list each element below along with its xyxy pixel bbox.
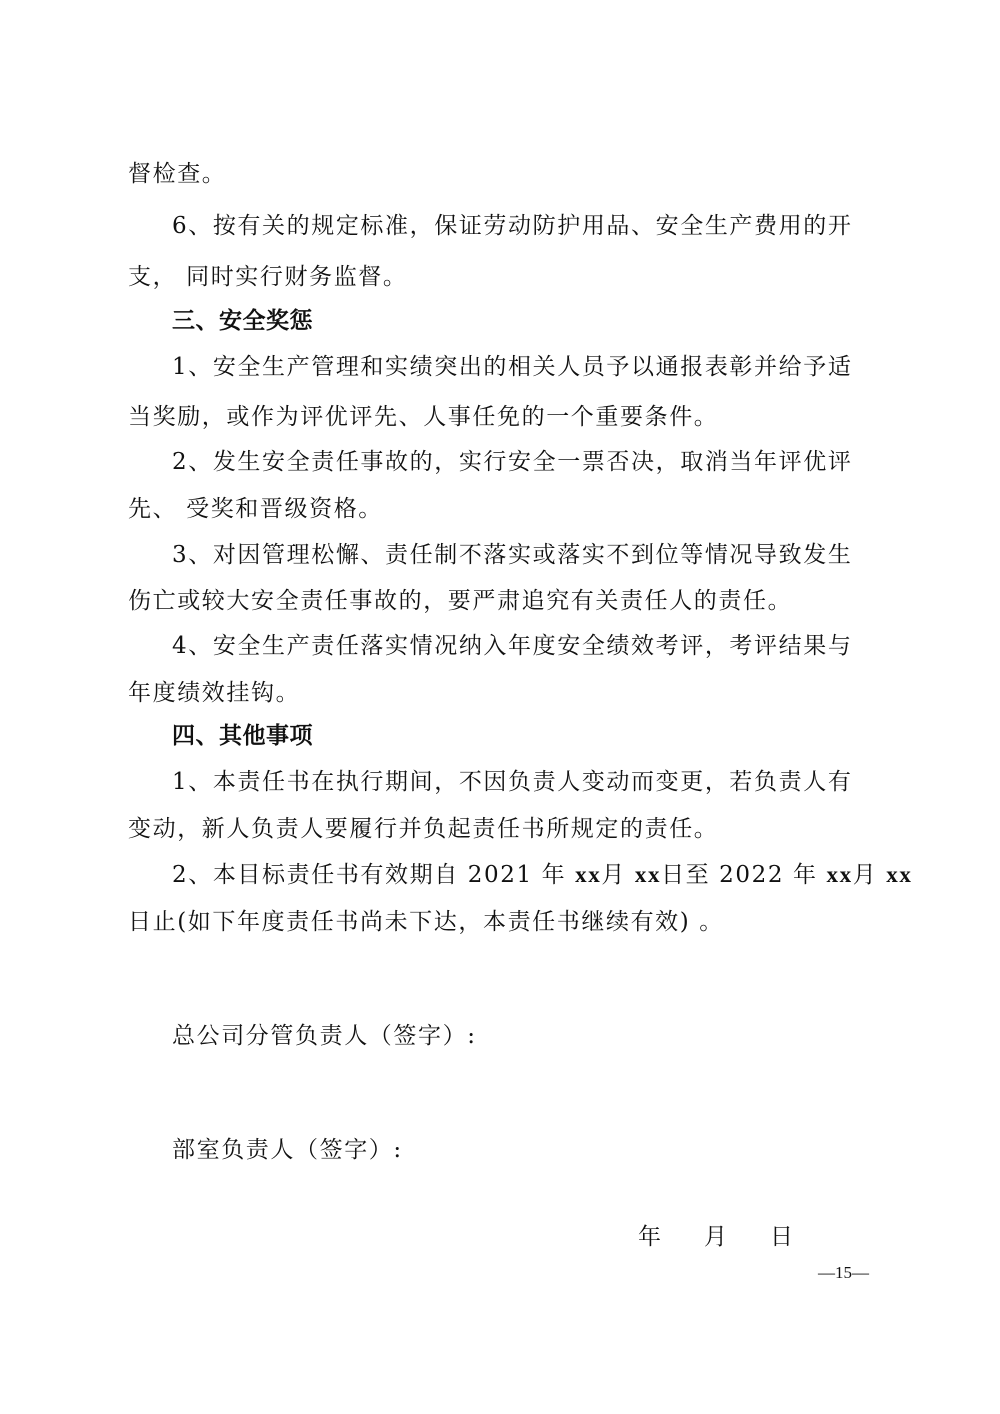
paragraph-line: 变动，新人负责人要履行并负起责任书所规定的责任。 [128, 813, 888, 845]
placeholder-month: xx [827, 862, 853, 887]
date-day: 日 [770, 1221, 836, 1253]
paragraph-item-2-validity: 2、本目标责任书有效期自 2021 年 xx月 xx日至 2022 年 xx月 … [172, 859, 932, 891]
date-year: 年 [638, 1221, 704, 1253]
section-heading-rewards-penalties: 三、安全奖惩 [172, 305, 932, 337]
paragraph-line: 支， 同时实行财务监督。 [128, 261, 888, 293]
paragraph-line: 日止(如下年度责任书尚未下达，本责任书继续有效) 。 [128, 906, 888, 938]
section-heading-other-matters: 四、其他事项 [172, 720, 932, 752]
signature-company-leader: 总公司分管负责人（签字）: [172, 1020, 932, 1052]
validity-prefix: 2、本目标责任书有效期自 2021 年 [172, 862, 566, 888]
date-month: 月 [704, 1221, 770, 1253]
signature-department-leader: 部室负责人（签字）: [172, 1134, 932, 1166]
placeholder-day: xx [886, 862, 912, 887]
validity-text: 日至 2022 年 [661, 862, 818, 888]
placeholder-month: xx [575, 862, 601, 887]
document-page: 督检查。 6、按有关的规定标准，保证劳动防护用品、安全生产费用的开 支， 同时实… [0, 0, 1000, 1414]
page-number: —15— [818, 1263, 869, 1283]
validity-text: 月 [853, 862, 878, 888]
paragraph-line: 先、 受奖和晋级资格。 [128, 493, 888, 525]
paragraph-line: 年度绩效挂钩。 [128, 677, 888, 709]
placeholder-day: xx [635, 862, 661, 887]
paragraph-item-2: 2、发生安全责任事故的，实行安全一票否决，取消当年评优评 [172, 446, 932, 478]
paragraph-line: 伤亡或较大安全责任事故的，要严肃追究有关责任人的责任。 [128, 585, 888, 617]
paragraph-line: 当奖励，或作为评优评先、人事任免的一个重要条件。 [128, 401, 888, 433]
paragraph-line: 督检查。 [128, 158, 888, 190]
paragraph-item-1: 1、本责任书在执行期间，不因负责人变动而变更，若负责人有 [172, 766, 932, 798]
paragraph-item-1: 1、安全生产管理和实绩突出的相关人员予以通报表彰并给予适 [172, 351, 932, 383]
validity-text: 月 [601, 862, 626, 888]
paragraph-item-3: 3、对因管理松懈、责任制不落实或落实不到位等情况导致发生 [172, 539, 932, 571]
paragraph-item-4: 4、安全生产责任落实情况纳入年度安全绩效考评，考评结果与 [172, 630, 932, 662]
paragraph-item-6: 6、按有关的规定标准，保证劳动防护用品、安全生产费用的开 [172, 210, 932, 242]
date-stamp: 年月日 [638, 1221, 836, 1253]
